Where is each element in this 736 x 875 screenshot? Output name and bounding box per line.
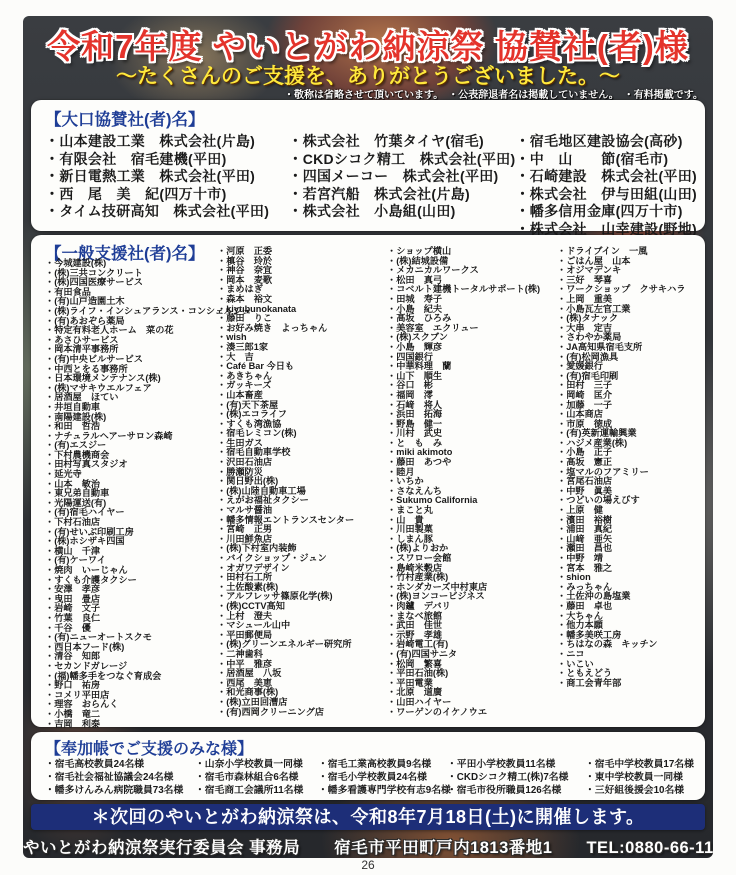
houkacho-entry: 宿毛工業高校教員9名様 (318, 758, 451, 771)
supporter-entry: 商工会青年部 (557, 679, 701, 689)
sponsor-entry: 四国メーコー 株式会社(平田) (288, 168, 515, 186)
houkacho-column-1: 宿毛高校教員24名様宿毛社会福祉協議会24名様幡多けんみん病院職員73名様 (45, 758, 183, 797)
houkacho-entry: 山奈小学校教員一同様 (195, 758, 303, 771)
major-sponsors-column-3: 宿毛地区建設協会(高砂)中 山 節(宿毛市)石崎建設 株式会社(平田)株式会社 … (515, 133, 697, 239)
sponsor-entry: 新日電熱工業 株式会社(平田) (45, 168, 288, 186)
houkacho-entry: 平田小学校教員11名様 (447, 758, 568, 771)
sponsor-entry: 株式会社 伊与田組(山田) (515, 186, 697, 204)
houkacho-entry: 三好組後援会10名様 (585, 784, 694, 797)
supporter-entry: ワーゲンのイケノウエ (387, 708, 555, 718)
houkacho-entry: 宿毛中学校教員17名様 (585, 758, 694, 771)
major-sponsors-panel: 【大口協賛社(者)名】 山本建設工業 株式会社(片島)有限会社 宿毛建機(平田)… (31, 100, 705, 231)
scanned-flyer-page: 令和7年度 やいとがわ納涼祭 協賛社(者)様 ～たくさんのご支援を、ありがとうご… (0, 0, 736, 875)
sponsor-entry: 山本建設工業 株式会社(片島) (45, 133, 288, 151)
houkacho-entry: 東中学校教員一同様 (585, 771, 694, 784)
sponsor-entry: CKDシコク精工 株式会社(平田) (288, 151, 515, 169)
next-festival-banner: ＊次回のやいとがわ納涼祭は、令和8年7月18日(土)に開催します。 (31, 804, 705, 830)
supporter-entry: 吉岡 利泰 (45, 720, 217, 730)
supporter-entry: (有)西岡クリーニング店 (217, 708, 385, 718)
sponsor-entry: 若宮汽船 株式会社(片島) (288, 186, 515, 204)
houkacho-column-3: 宿毛工業高校教員9名様宿毛小学校教員24名様幡多看護専門学校有志9名様 (318, 758, 451, 797)
general-supporters-panel: 【一般支援社(者)名】 今城建設(株)(株)三共コンクリート(株)四国医療サービ… (31, 235, 705, 727)
houkacho-column-4: 平田小学校教員11名様CKDシコク精工(株)7名様宿毛市役所職員126名様 (447, 758, 568, 797)
houkacho-entry: 宿毛商工会議所11名様 (195, 784, 303, 797)
houkacho-entry: 宿毛社会福祉協議会24名様 (45, 771, 183, 784)
general-supporters-column-1: 今城建設(株)(株)三共コンクリート(株)四国医療サービス有田食品(有)山戸造園… (45, 259, 217, 729)
houkacho-entry: 幡多看護専門学校有志9名様 (318, 784, 451, 797)
page-number: 26 (0, 858, 736, 872)
general-supporters-column-4: ドライブイン 一風ごはん屋 山本オジマデンキ三好 琴喜ワークショップ クサキハラ… (557, 247, 701, 688)
footer-contact: やいとがわ納涼祭実行委員会 事務局 宿毛市平田町戸内1813番地1 TEL:08… (23, 834, 713, 858)
sponsor-entry: 石崎建設 株式会社(平田) (515, 168, 697, 186)
major-sponsors-column-1: 山本建設工業 株式会社(片島)有限会社 宿毛建機(平田)新日電熱工業 株式会社(… (45, 133, 288, 239)
houkacho-panel: 【奉加帳でご支援のみな様】 宿毛高校教員24名様宿毛社会福祉協議会24名様幡多け… (31, 732, 705, 800)
houkacho-entry: 宿毛高校教員24名様 (45, 758, 183, 771)
header-notes: ・敬称は省略させて頂いています。 ・公表辞退者名は掲載していません。 ・有料掲載… (284, 86, 703, 101)
sponsor-entry: 有限会社 宿毛建機(平田) (45, 151, 288, 169)
houkacho-entry: 幡多けんみん病院職員73名様 (45, 784, 183, 797)
houkacho-entry: 宿毛市森林組合6名様 (195, 771, 303, 784)
general-supporters-column-3: ショップ横山(株)結城設備メカニカルワークス松田 真弓コベルト建機トータルサポー… (387, 247, 555, 717)
major-sponsors-column-2: 株式会社 竹葉タイヤ(宿毛)CKDシコク精工 株式会社(平田)四国メーコー 株式… (288, 133, 515, 239)
houkacho-entry: CKDシコク精工(株)7名様 (447, 771, 568, 784)
houkacho-heading: 【奉加帳でご支援のみな様】 (45, 736, 253, 759)
houkacho-entry: 宿毛小学校教員24名様 (318, 771, 451, 784)
festival-flyer: 令和7年度 やいとがわ納涼祭 協賛社(者)様 ～たくさんのご支援を、ありがとうご… (23, 16, 713, 858)
sponsor-entry: 中 山 節(宿毛市) (515, 151, 697, 169)
sponsor-entry: 株式会社 小島組(山田) (288, 203, 515, 221)
sponsor-entry: タイム技研高知 株式会社(平田) (45, 203, 288, 221)
sponsor-entry: 宿毛地区建設協会(高砂) (515, 133, 697, 151)
major-sponsors-heading: 【大口協賛社(者)名】 (45, 106, 697, 130)
houkacho-column-2: 山奈小学校教員一同様宿毛市森林組合6名様宿毛商工会議所11名様 (195, 758, 303, 797)
major-sponsors-columns: 山本建設工業 株式会社(片島)有限会社 宿毛建機(平田)新日電熱工業 株式会社(… (45, 133, 697, 239)
houkacho-column-5: 宿毛中学校教員17名様東中学校教員一同様三好組後援会10名様 (585, 758, 694, 797)
houkacho-entry: 宿毛市役所職員126名様 (447, 784, 568, 797)
sponsor-entry: 株式会社 竹葉タイヤ(宿毛) (288, 133, 515, 151)
sponsor-entry: 西 尾 美 紀(四万十市) (45, 186, 288, 204)
general-supporters-column-2: 河原 正委槙谷 玲於神谷 奈宜岡本 麦歌まめはぎ森本 裕文kiyubunokan… (217, 247, 385, 717)
sponsor-entry: 幡多信用金庫(四万十市) (515, 203, 697, 221)
